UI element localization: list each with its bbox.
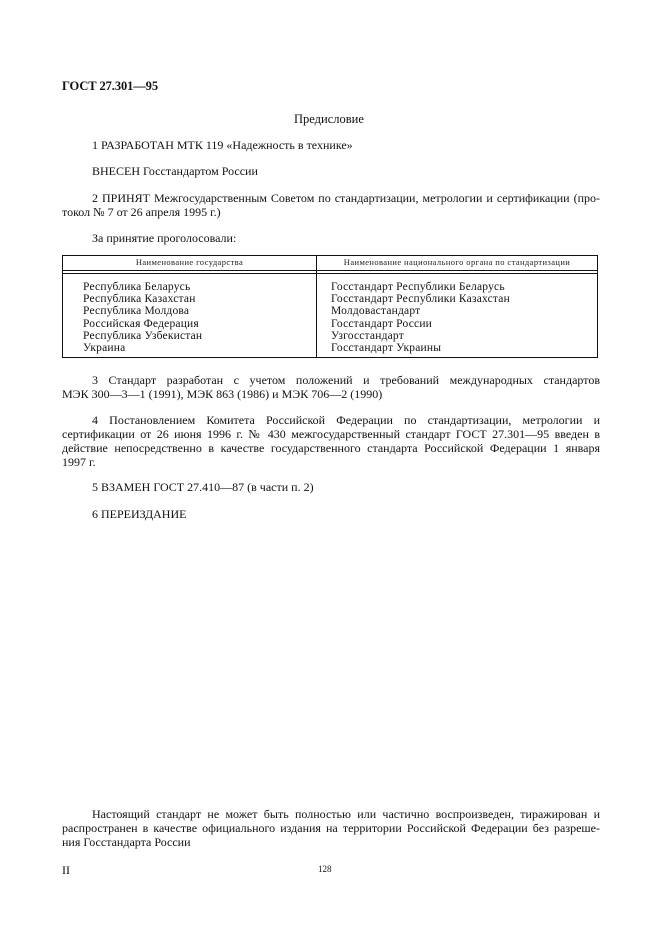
table-cell: Российская Федерация: [83, 318, 202, 330]
table-header-body: Наименование национального органа по ста…: [317, 257, 597, 267]
table-cell: Узгосстандарт: [331, 330, 510, 342]
paragraph-4: 4 Постановлением Комитета Российской Фед…: [62, 413, 600, 469]
table-cell: Госстандарт Республики Беларусь: [331, 281, 510, 293]
column-states: Республика Беларусь Республика Казахстан…: [83, 281, 202, 354]
voted-label: За принятие проголосовали:: [62, 231, 600, 245]
section-title-text: Предисловие: [294, 112, 364, 127]
table-cell: Республика Казахстан: [83, 293, 202, 305]
header-double-rule: [63, 270, 597, 274]
voting-table: Наименование государства Наименование на…: [62, 255, 598, 358]
paragraph-1: 1 РАЗРАБОТАН МТК 119 «Надежность в техни…: [62, 138, 600, 152]
column-bodies: Госстандарт Республики Беларусь Госстанд…: [331, 281, 510, 354]
table-cell: Республика Узбекистан: [83, 330, 202, 342]
table-header-state: Наименование государства: [63, 257, 316, 267]
document-code: ГОСТ 27.301—95: [62, 79, 158, 94]
paragraph-3: 3 Стандарт разработан с учетом положений…: [62, 373, 600, 401]
page-number: 128: [318, 864, 332, 874]
copyright-notice: Настоящий стандарт не может быть полност…: [62, 807, 600, 849]
roman-page-number: II: [62, 863, 70, 878]
table-cell: Республика Молдова: [83, 305, 202, 317]
table-cell: Украина: [83, 342, 202, 354]
paragraph-1b: ВНЕСЕН Госстандартом России: [62, 164, 600, 178]
table-cell: Госстандарт России: [331, 318, 510, 330]
table-cell: Молдовастандарт: [331, 305, 510, 317]
table-cell: Госстандарт Республики Казахстан: [331, 293, 510, 305]
paragraph-5: 5 ВЗАМЕН ГОСТ 27.410—87 (в части п. 2): [62, 480, 600, 494]
table-cell: Госстандарт Украины: [331, 342, 510, 354]
table-cell: Республика Беларусь: [83, 281, 202, 293]
paragraph-6: 6 ПЕРЕИЗДАНИЕ: [62, 507, 600, 521]
paragraph-2: 2 ПРИНЯТ Межгосударственным Советом по с…: [62, 191, 600, 219]
